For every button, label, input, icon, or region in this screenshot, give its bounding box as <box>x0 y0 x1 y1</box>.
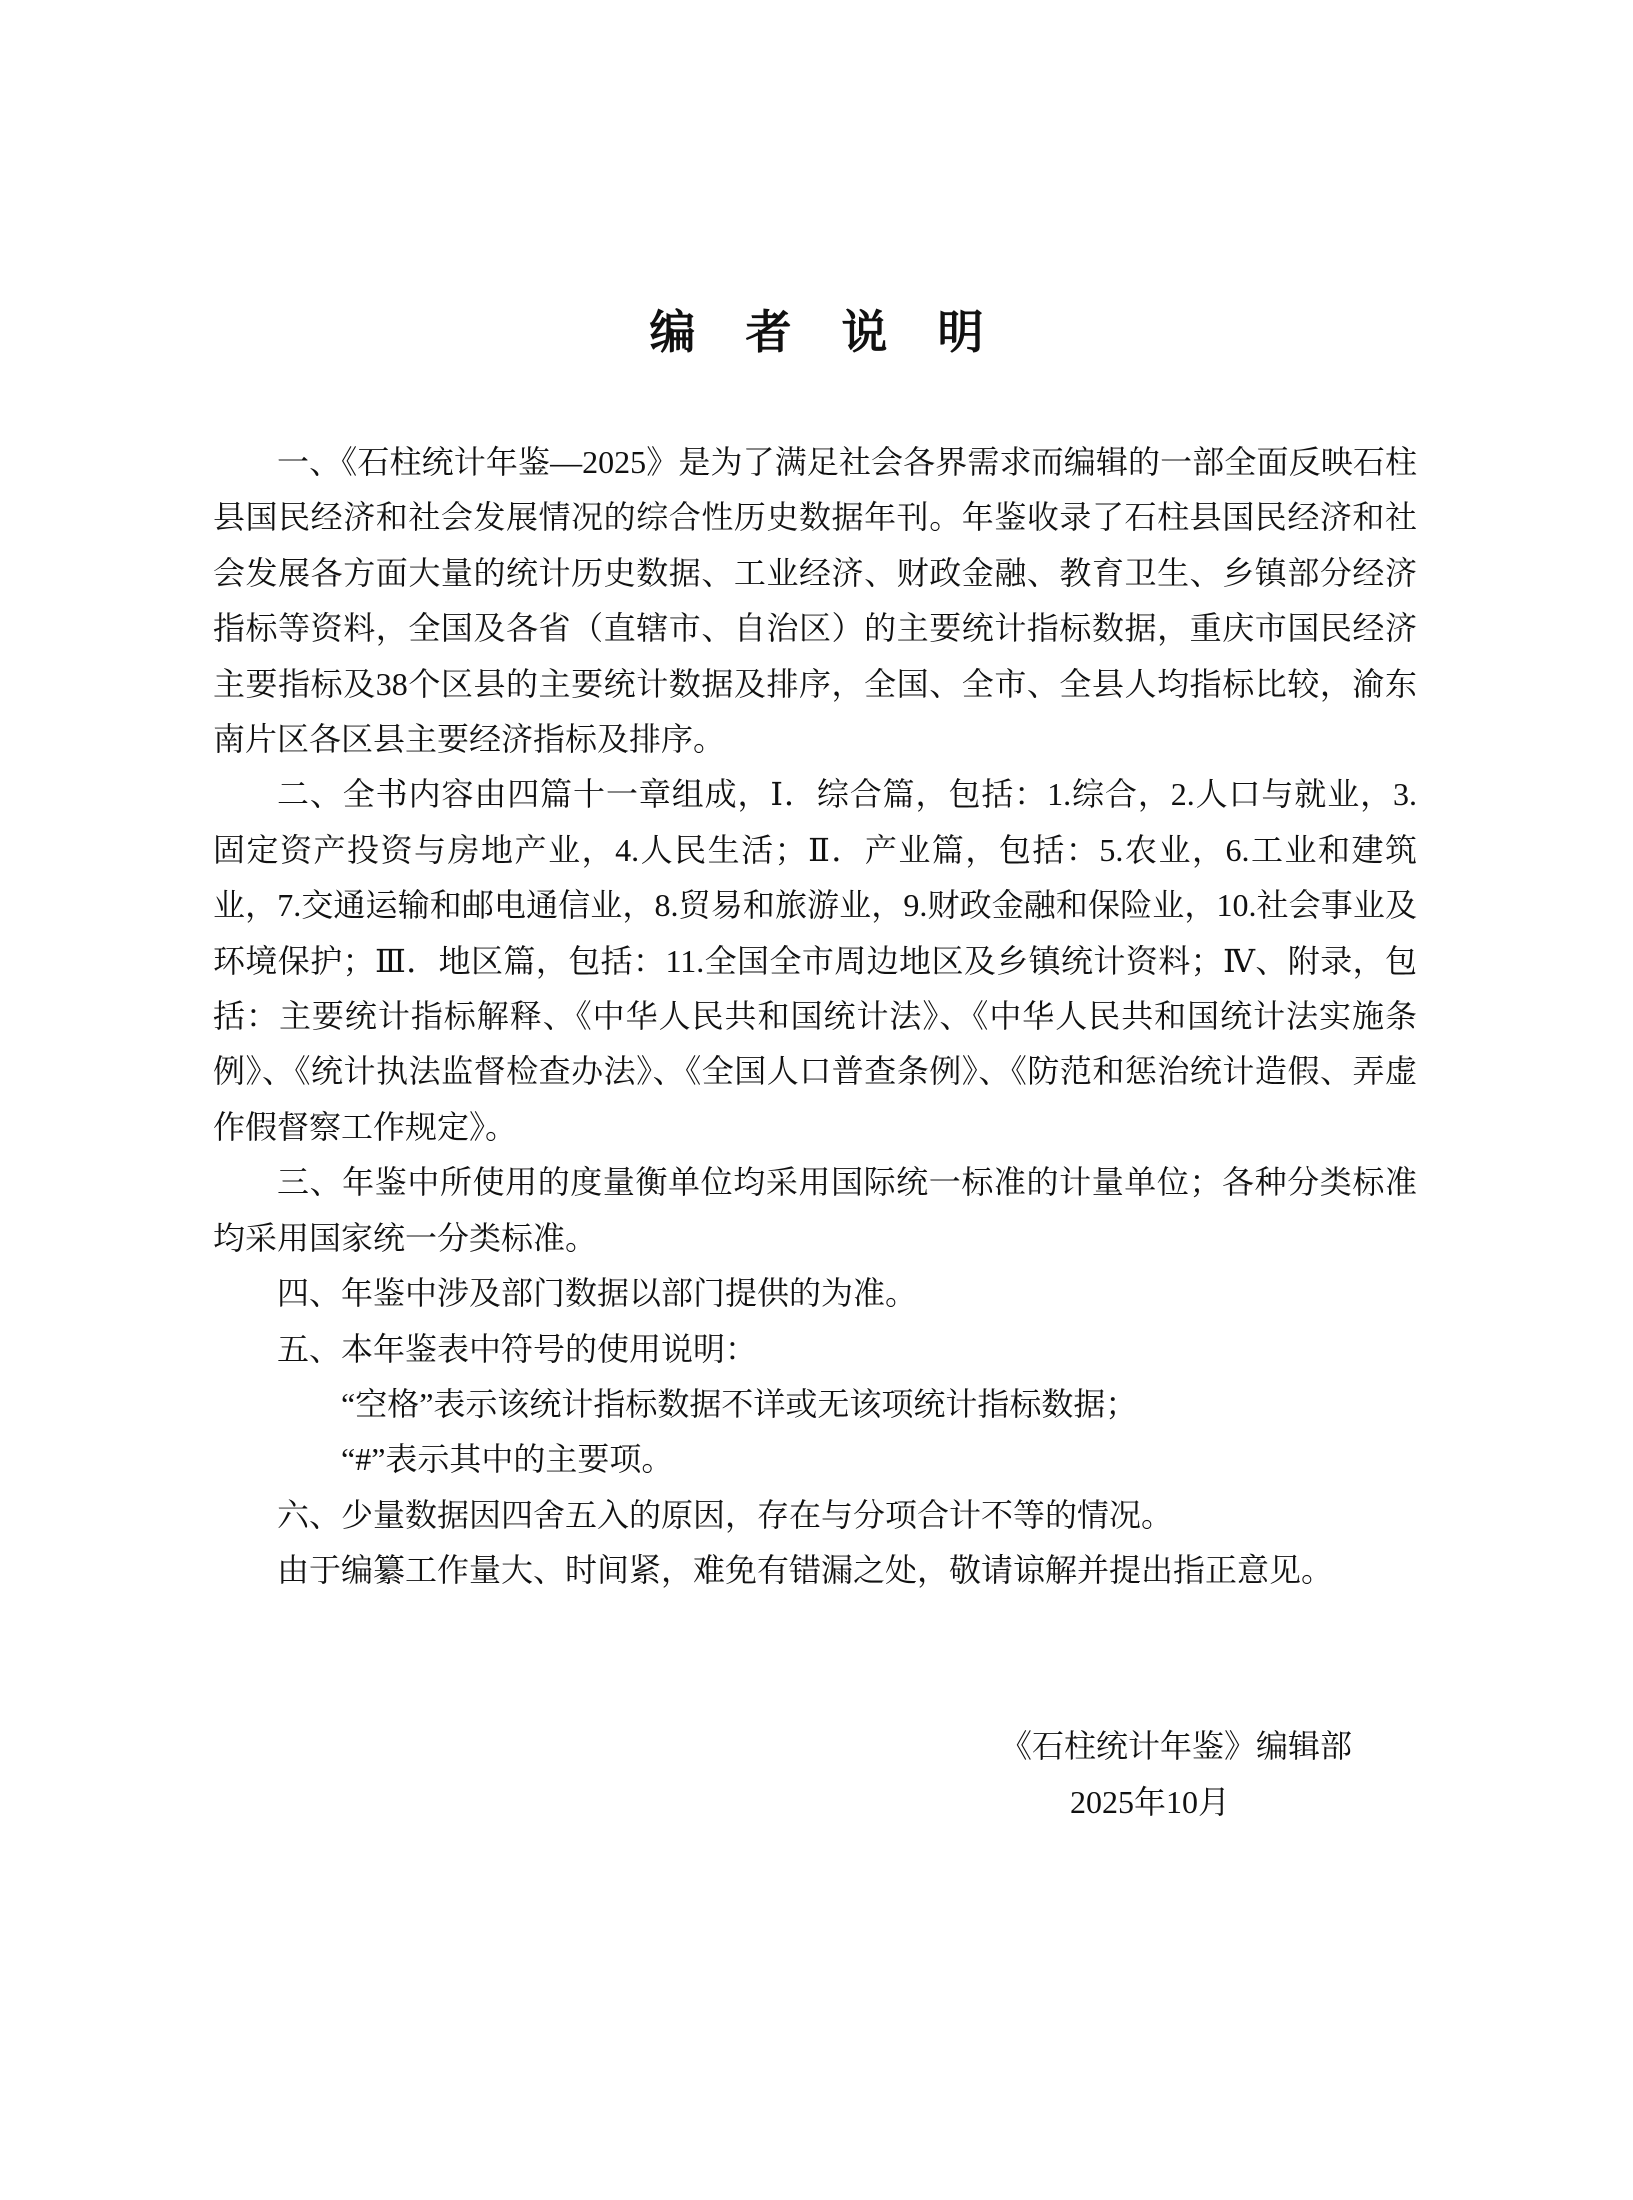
document-body: 一、《石柱统计年鉴—2025》是为了满足社会各界需求而编辑的一部全面反映石柱县国… <box>213 435 1417 1599</box>
paragraph-4: 四、年鉴中涉及部门数据以部门提供的为准。 <box>213 1266 1417 1321</box>
symbol-note-blank: “空格”表示该统计指标数据不详或无该项统计指标数据； <box>213 1377 1417 1432</box>
paragraph-6: 六、少量数据因四舍五入的原因，存在与分项合计不等的情况。 <box>213 1488 1417 1543</box>
paragraph-2: 二、全书内容由四篇十一章组成，Ⅰ．综合篇，包括：1.综合，2.人口与就业，3.固… <box>213 767 1417 1155</box>
closing-paragraph: 由于编纂工作量大、时间紧，难免有错漏之处，敬请谅解并提出指正意见。 <box>213 1543 1417 1598</box>
paragraph-1: 一、《石柱统计年鉴—2025》是为了满足社会各界需求而编辑的一部全面反映石柱县国… <box>213 435 1417 767</box>
page-title: 编者说明 <box>0 302 1633 362</box>
signature-department: 《石柱统计年鉴》编辑部 <box>1000 1718 1352 1774</box>
document-page: 编者说明 一、《石柱统计年鉴—2025》是为了满足社会各界需求而编辑的一部全面反… <box>0 0 1633 2200</box>
signature-date: 2025年10月 <box>1000 1774 1352 1830</box>
paragraph-3: 三、年鉴中所使用的度量衡单位均采用国际统一标准的计量单位；各种分类标准均采用国家… <box>213 1155 1417 1266</box>
paragraph-5: 五、本年鉴表中符号的使用说明： <box>213 1322 1417 1377</box>
symbol-note-hash: “#”表示其中的主要项。 <box>213 1432 1417 1487</box>
signature-block: 《石柱统计年鉴》编辑部 2025年10月 <box>1000 1718 1352 1830</box>
